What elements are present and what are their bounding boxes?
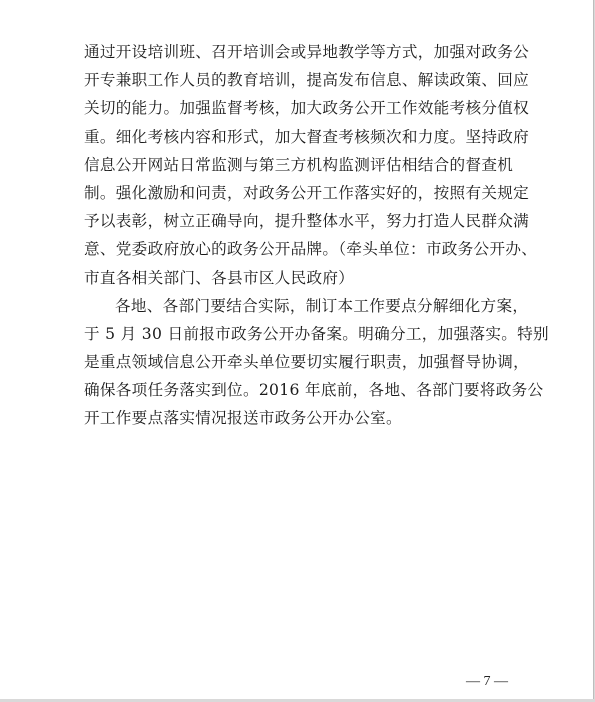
text-line: 制。强化激励和问责，对政务公开工作落实好的，按照有关规定 <box>84 179 516 207</box>
text-line: 于 5 月 30 日前报市政务公开办备案。明确分工，加强落实。特别 <box>84 320 516 348</box>
text-line: 关切的能力。加强监督考核，加大政务公开工作效能考核分值权 <box>84 94 516 122</box>
text-line: 予以表彰，树立正确导向，提升整体水平，努力打造人民群众满 <box>84 207 516 235</box>
text-line: 确保各项任务落实到位。2016 年底前，各地、各部门要将政务公 <box>84 376 516 404</box>
text-line: 市直各相关部门、各县市区人民政府） <box>84 264 516 292</box>
text-line: 各地、各部门要结合实际，制订本工作要点分解细化方案， <box>84 292 516 320</box>
document-body: 通过开设培训班、召开培训会或异地教学等方式，加强对政务公 开专兼职工作人员的教育… <box>84 38 516 433</box>
text-line: 是重点领域信息公开牵头单位要切实履行职责，加强督导协调， <box>84 348 516 376</box>
text-line: 重。细化考核内容和形式，加大督查考核频次和力度。坚持政府 <box>84 123 516 151</box>
document-page: 通过开设培训班、召开培训会或异地教学等方式，加强对政务公 开专兼职工作人员的教育… <box>0 0 594 699</box>
text-line: 信息公开网站日常监测与第三方机构监测评估相结合的督查机 <box>84 151 516 179</box>
text-line: 开工作要点落实情况报送市政务公开办公室。 <box>84 404 516 432</box>
paragraph-1: 通过开设培训班、召开培训会或异地教学等方式，加强对政务公 开专兼职工作人员的教育… <box>84 38 516 292</box>
text-line: 开专兼职工作人员的教育培训，提高发布信息、解读政策、回应 <box>84 66 516 94</box>
paragraph-2: 各地、各部门要结合实际，制订本工作要点分解细化方案， 于 5 月 30 日前报市… <box>84 292 516 433</box>
page-number: — 7 — <box>466 674 508 690</box>
text-line: 通过开设培训班、召开培训会或异地教学等方式，加强对政务公 <box>84 38 516 66</box>
text-line: 意、党委政府放心的政务公开品牌。（牵头单位：市政务公开办、 <box>84 235 516 263</box>
